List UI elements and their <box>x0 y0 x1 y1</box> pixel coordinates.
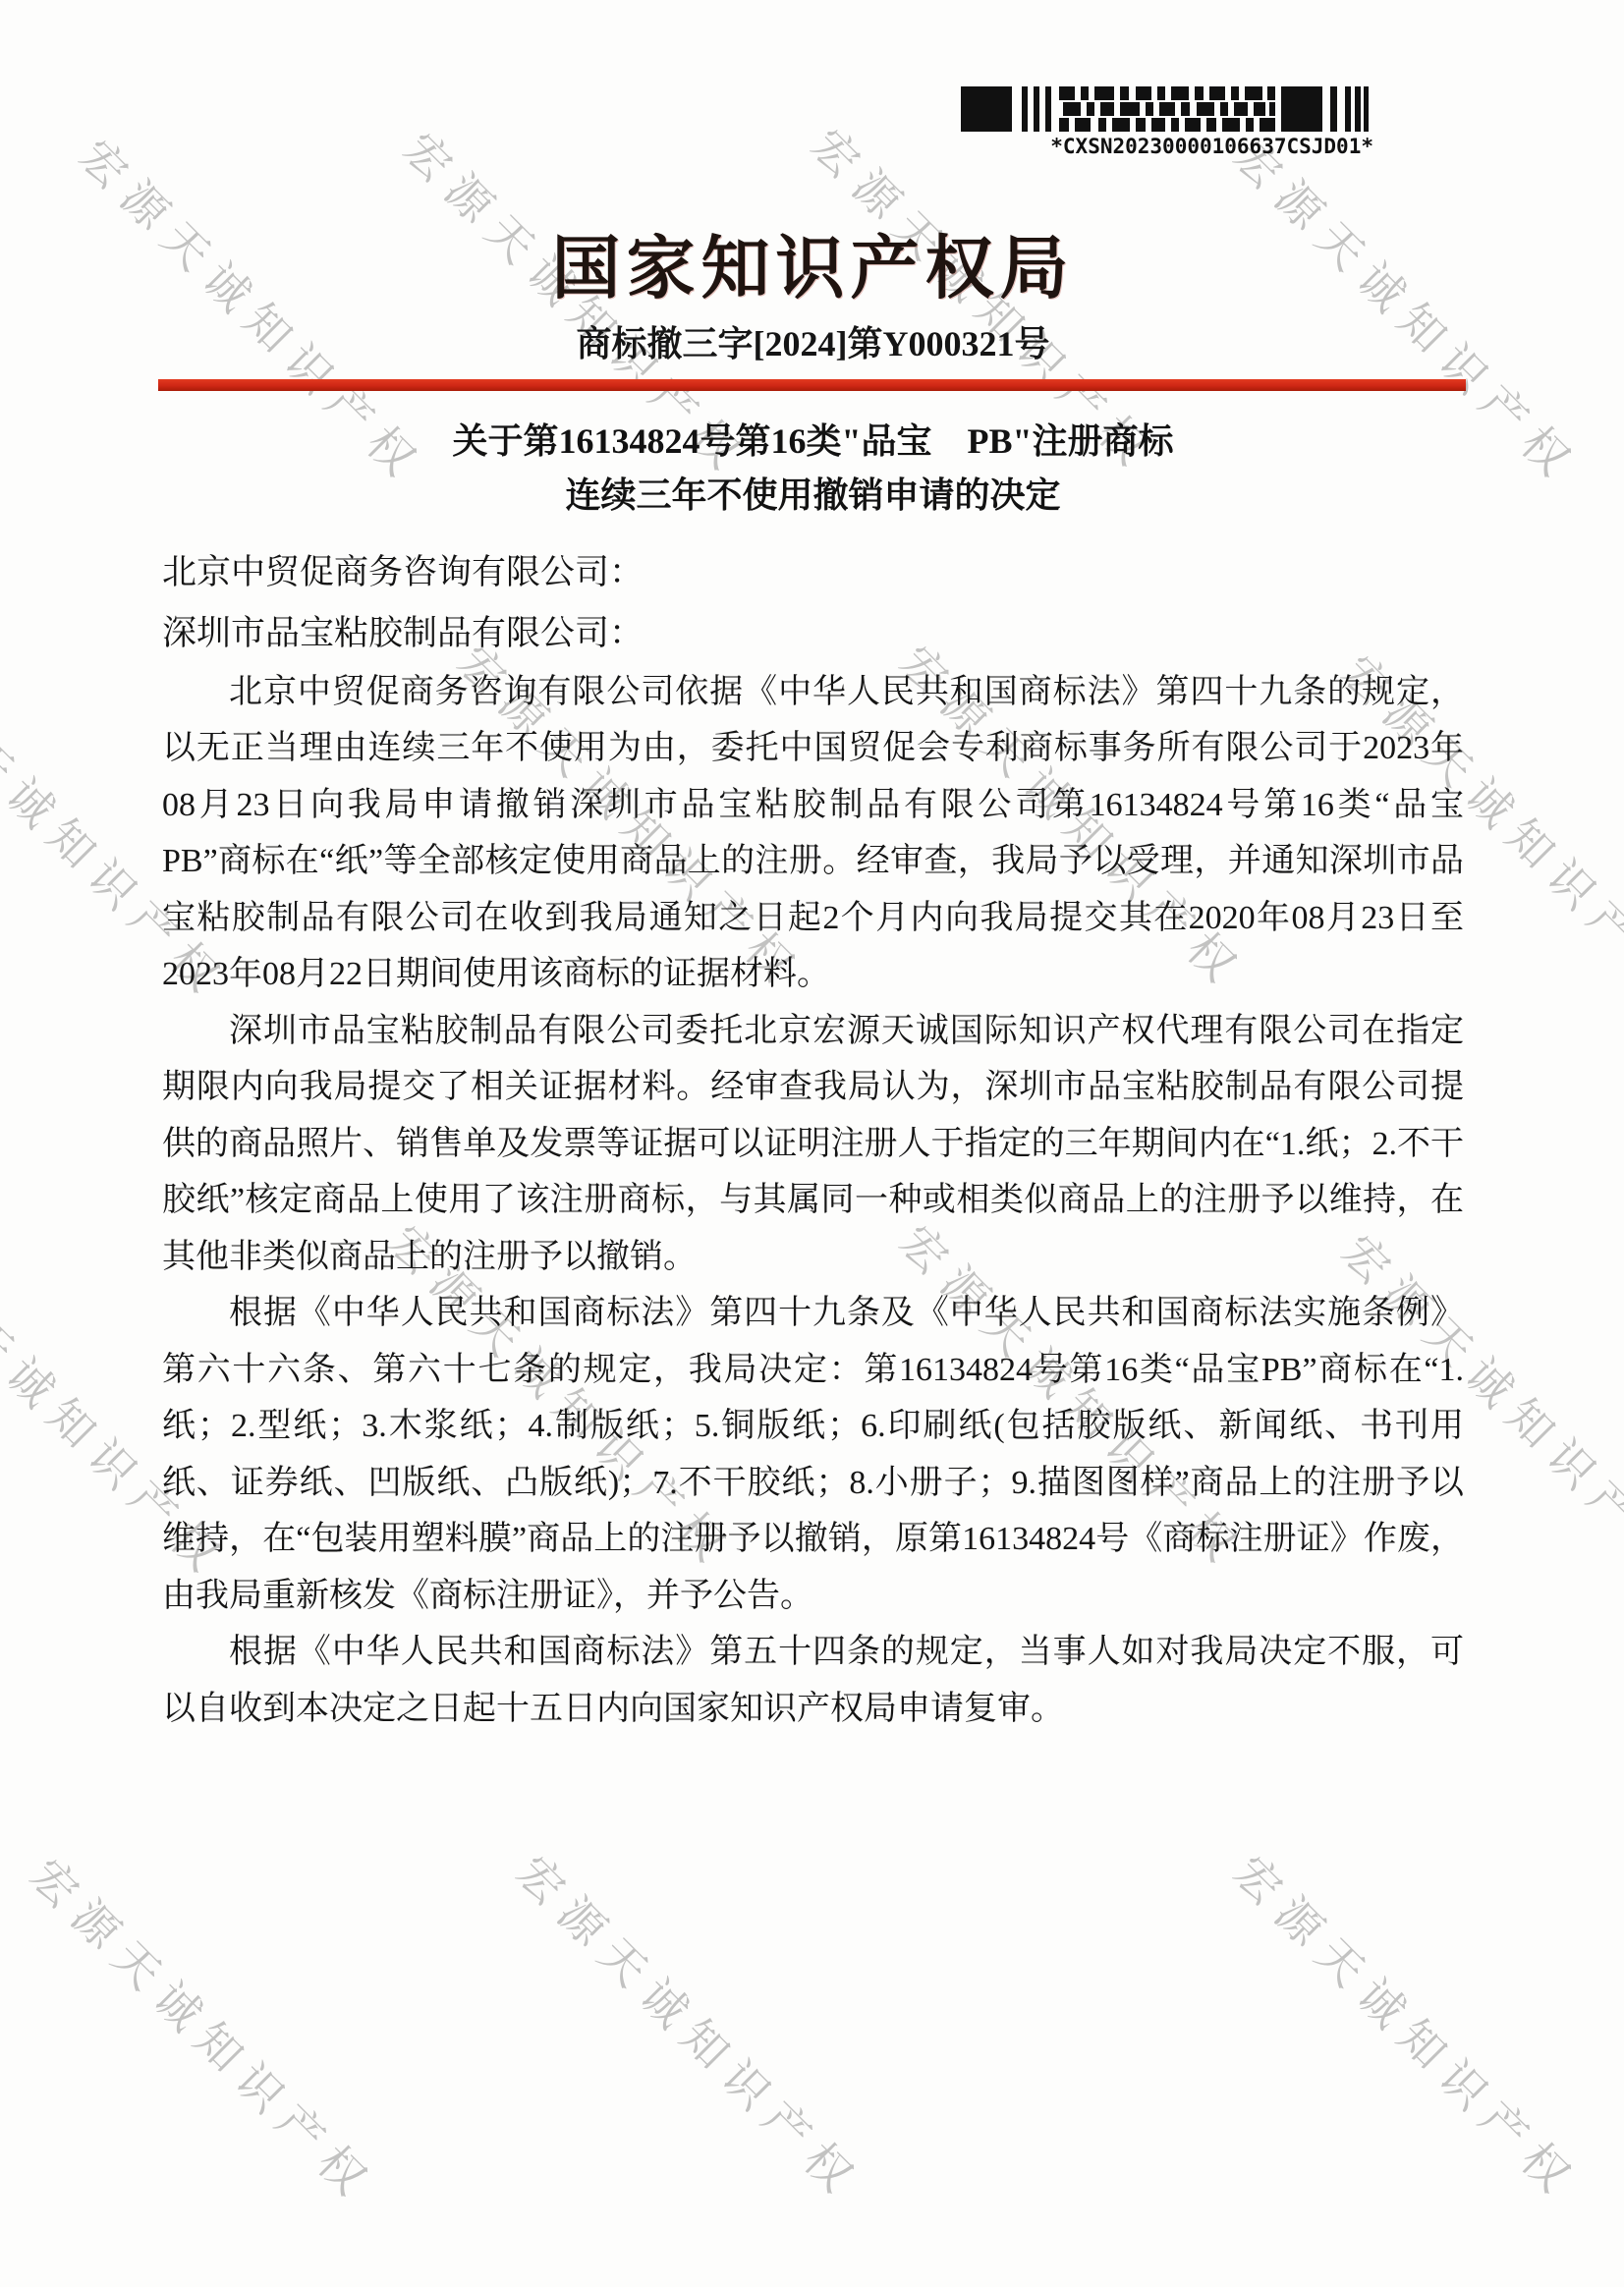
paragraph-appeal-rights: 根据《中华人民共和国商标法》第五十四条的规定，当事人如对我局决定不服，可以自收到… <box>162 1624 1464 1737</box>
decision-body: 北京中贸促商务咨询有限公司依据《中华人民共和国商标法》第四十九条的规定，以无正当… <box>162 664 1464 1738</box>
decision-title-line2: 连续三年不使用撤销申请的决定 <box>565 475 1060 515</box>
document-number: 商标撤三字[2024]第Y000321号 <box>162 321 1464 367</box>
watermark-text: 宏源天诚知识产权 <box>18 1842 391 2215</box>
recipient-list: 北京中贸促商务咨询有限公司： 深圳市品宝粘胶制品有限公司： <box>162 542 1464 664</box>
paragraph-evidence-review: 深圳市品宝粘胶制品有限公司委托北京宏源天诚国际知识产权代理有限公司在指定期限内向… <box>162 1003 1464 1286</box>
red-divider <box>158 379 1466 391</box>
watermark-text: 宏源天诚知识产权 <box>504 1839 877 2212</box>
watermark-text: 宏源天诚知识产权 <box>1221 1839 1595 2212</box>
issuing-authority-title: 国家知识产权局 <box>162 232 1464 307</box>
document-content: 国家知识产权局 商标撤三字[2024]第Y000321号 关于第16134824… <box>162 0 1464 1737</box>
decision-title: 关于第16134824号第16类"品宝 PB"注册商标 连续三年不使用撤销申请的… <box>162 415 1464 523</box>
paragraph-application: 北京中贸促商务咨询有限公司依据《中华人民共和国商标法》第四十九条的规定，以无正当… <box>162 664 1464 1003</box>
paragraph-decision: 根据《中华人民共和国商标法》第四十九条及《中华人民共和国商标法实施条例》第六十六… <box>162 1285 1464 1624</box>
recipient-line: 北京中贸促商务咨询有限公司： <box>162 542 1464 603</box>
decision-title-line1: 关于第16134824号第16类"品宝 PB"注册商标 <box>453 421 1174 461</box>
document-page: 宏源天诚知识产权 宏源天诚知识产权 宏源天诚知识产权 宏源天诚知识产权 宏源天诚… <box>0 0 1624 2287</box>
recipient-line: 深圳市品宝粘胶制品有限公司： <box>162 603 1464 664</box>
